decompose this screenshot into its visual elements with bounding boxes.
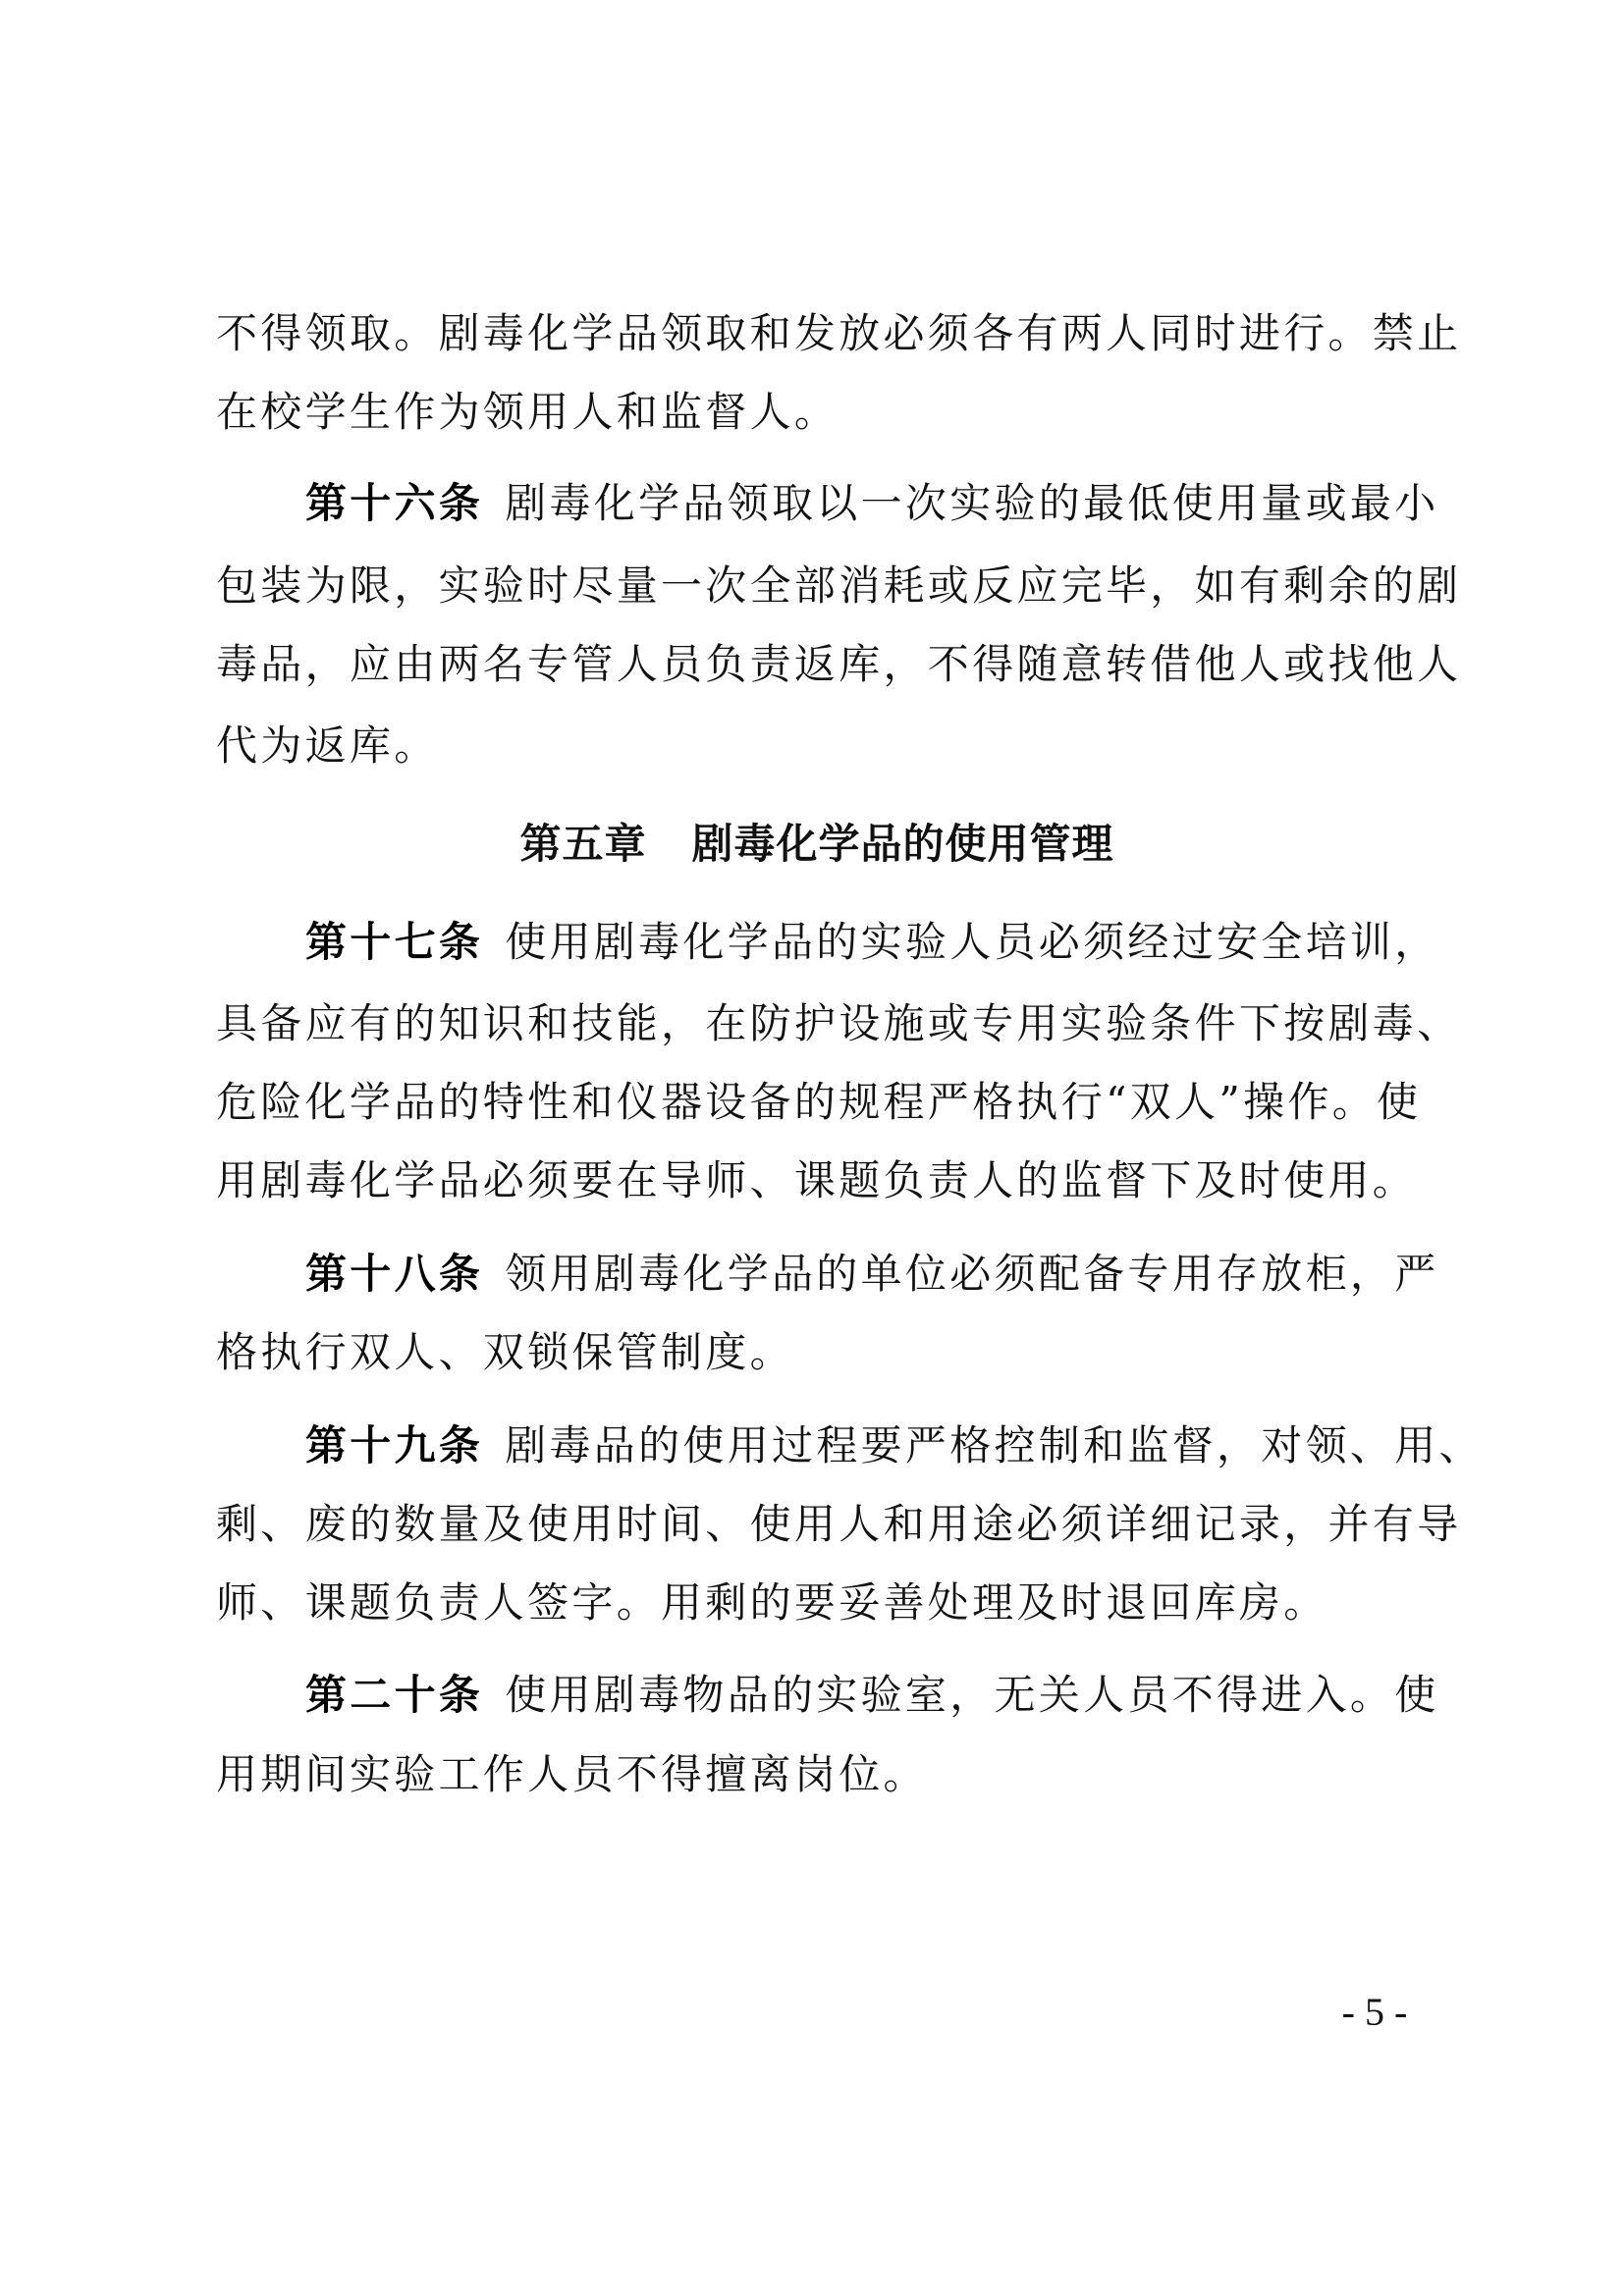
paragraph-line: 包装为限，实验时尽量一次全部消耗或反应完毕，如有剩余的剧 — [216, 547, 1461, 625]
paragraph-line: 用期间实验工作人员不得擅离岗位。 — [216, 1735, 928, 1814]
paragraph-line: 不得领取。剧毒化学品领取和发放必须各有两人同时进行。禁止 — [216, 294, 1461, 373]
article-text: 剧毒化学品领取以一次实验的最低使用量或最小 — [505, 479, 1438, 527]
article-label: 第十八条 — [305, 1250, 483, 1298]
paragraph-line: 毒品，应由两名专管人员负责返库，不得随意转借他人或找他人 — [216, 625, 1461, 704]
page-number: - 5 - — [1316, 1988, 1434, 2037]
article-text: 使用剧毒化学品的实验人员必须经过安全培训， — [505, 918, 1438, 966]
document-page: 不得领取。剧毒化学品领取和发放必须各有两人同时进行。禁止 在校学生作为领用人和监… — [0, 0, 1624, 2296]
paragraph-line: 格执行双人、双锁保管制度。 — [216, 1313, 794, 1392]
article-label: 第十七条 — [305, 918, 483, 966]
chapter-heading: 第五章剧毒化学品的使用管理 — [0, 805, 1624, 883]
paragraph-line: 剩、废的数量及使用时间、使用人和用途必须详细记录，并有导 — [216, 1485, 1461, 1564]
paragraph-line: 危险化学品的特性和仪器设备的规程严格执行“双人”操作。使 — [216, 1063, 1421, 1142]
article-text: 使用剧毒物品的实验室，无关人员不得进入。使 — [505, 1671, 1438, 1719]
article-20-first-line: 第二十条使用剧毒物品的实验室，无关人员不得进入。使 — [305, 1656, 1439, 1735]
paragraph-line: 用剧毒化学品必须要在导师、课题负责人的监督下及时使用。 — [216, 1142, 1417, 1220]
chapter-number: 第五章 — [519, 820, 646, 868]
article-19-first-line: 第十九条剧毒品的使用过程要严格控制和监督，对领、用、 — [305, 1407, 1484, 1485]
article-label: 第十六条 — [305, 479, 483, 527]
article-label: 第十九条 — [305, 1421, 483, 1469]
article-label: 第二十条 — [305, 1671, 483, 1719]
article-17-first-line: 第十七条使用剧毒化学品的实验人员必须经过安全培训， — [305, 903, 1439, 982]
paragraph-line: 具备应有的知识和技能，在防护设施或专用实验条件下按剧毒、 — [216, 985, 1461, 1063]
article-text: 领用剧毒化学品的单位必须配备专用存放柜，严 — [505, 1250, 1438, 1298]
paragraph-line: 在校学生作为领用人和监督人。 — [216, 373, 839, 452]
article-18-first-line: 第十八条领用剧毒化学品的单位必须配备专用存放柜，严 — [305, 1235, 1439, 1313]
article-16-first-line: 第十六条剧毒化学品领取以一次实验的最低使用量或最小 — [305, 464, 1439, 543]
article-text: 剧毒品的使用过程要严格控制和监督，对领、用、 — [505, 1421, 1484, 1469]
chapter-title: 剧毒化学品的使用管理 — [692, 820, 1114, 868]
paragraph-line: 师、课题负责人签字。用剩的要妥善处理及时退回库房。 — [216, 1564, 1328, 1642]
paragraph-line: 代为返库。 — [216, 707, 439, 785]
